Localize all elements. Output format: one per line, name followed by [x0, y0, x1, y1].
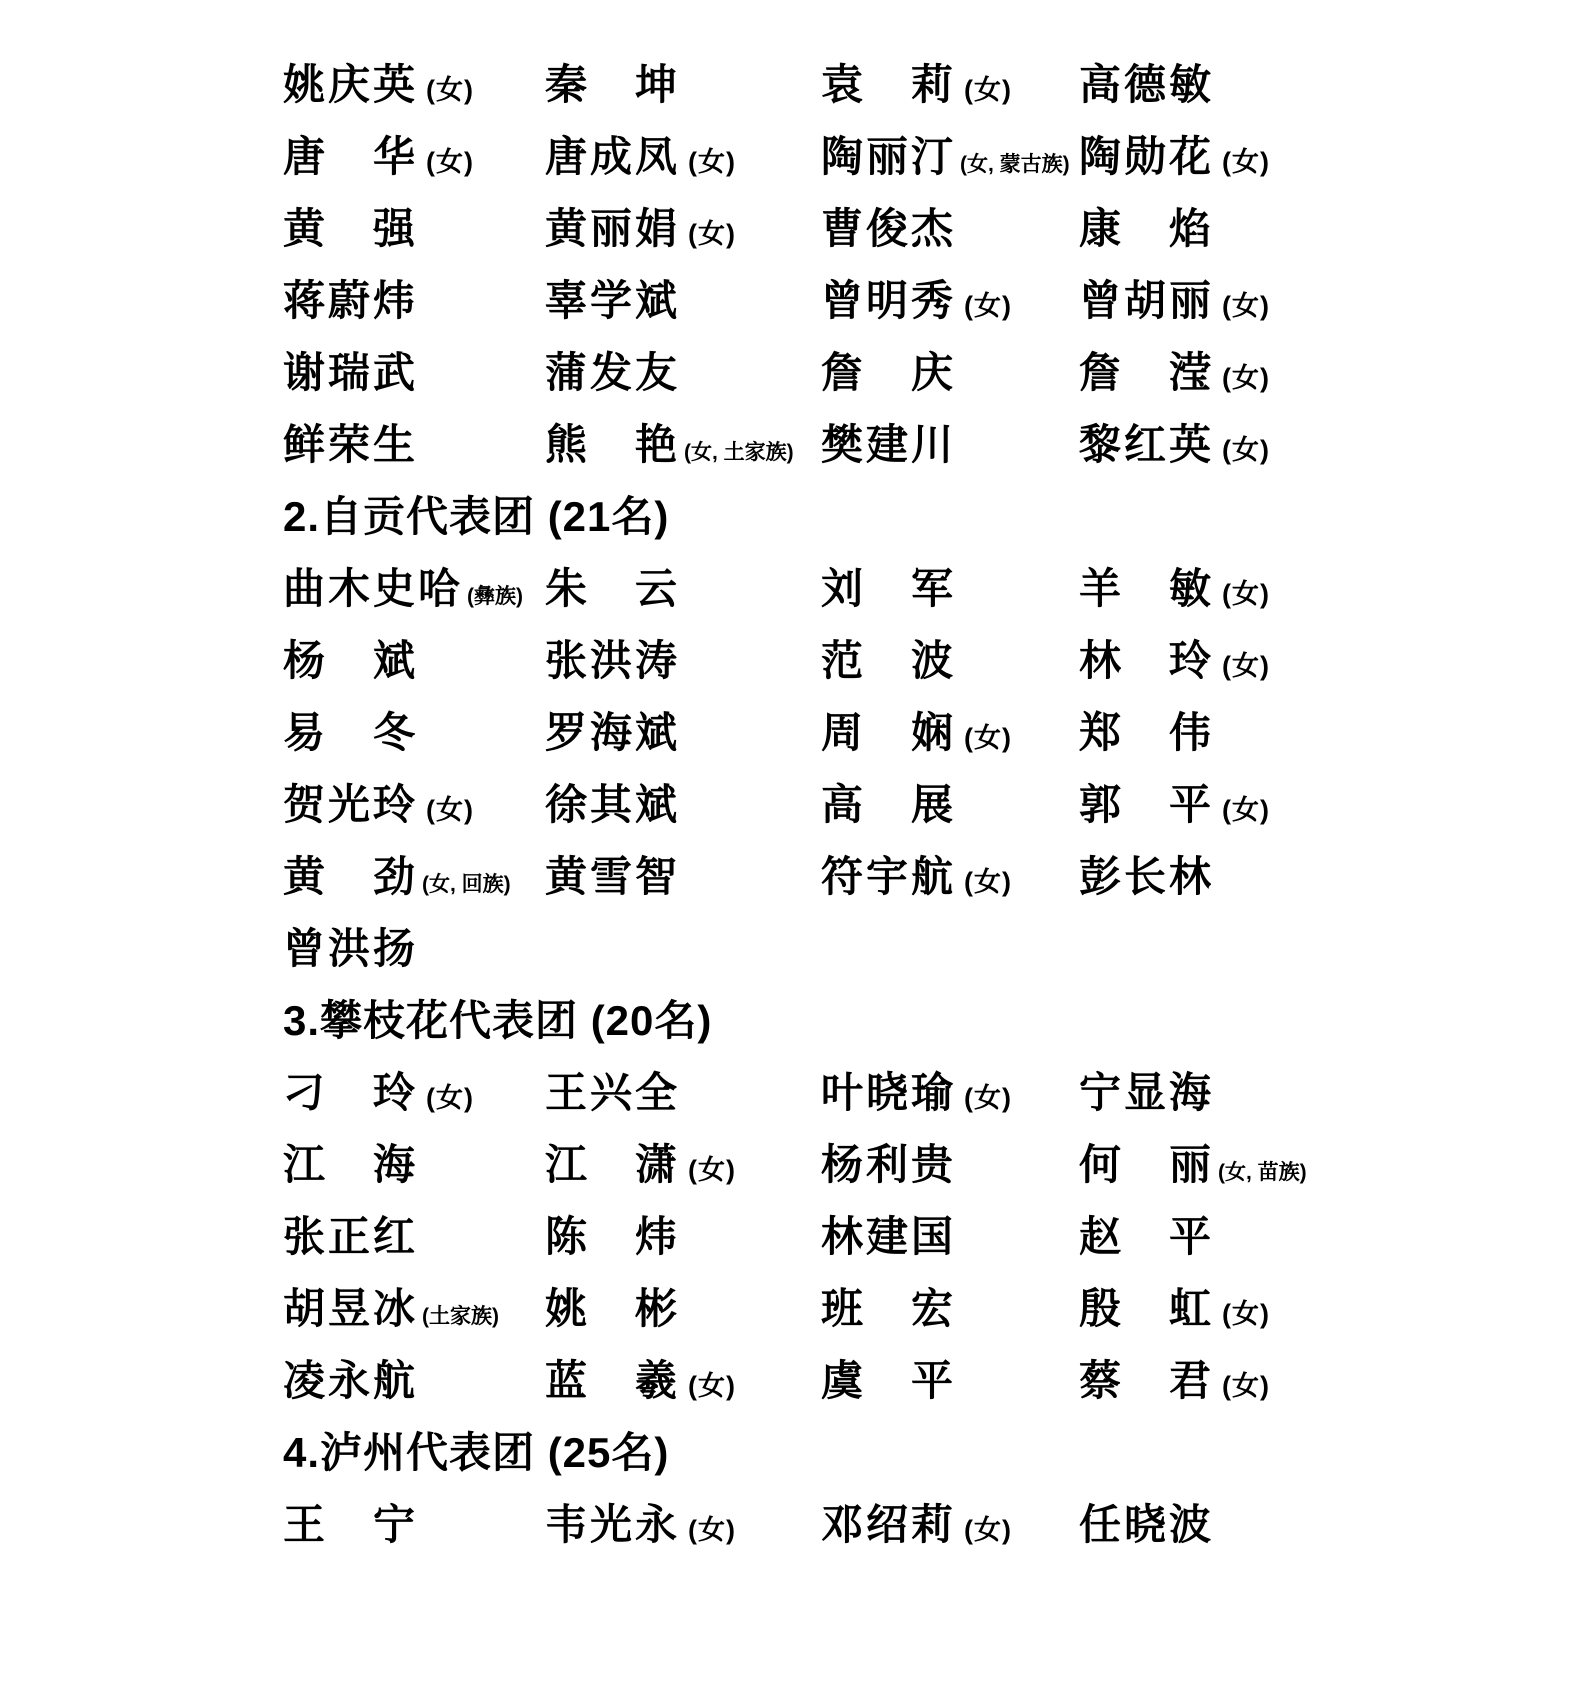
delegate-cell: 贺光玲(女)	[283, 772, 545, 832]
delegate-cell: 曾明秀(女)	[821, 268, 1079, 328]
delegate-cell: 张正红	[283, 1204, 545, 1264]
delegate-cell: 黄 强	[283, 196, 545, 256]
gender-ethnicity-note: (女)	[426, 1083, 474, 1113]
delegate-cell: 黄丽娟(女)	[545, 196, 821, 256]
delegate-name: 康 焰	[1079, 205, 1214, 252]
delegate-name: 陶丽汀	[821, 133, 956, 180]
delegate-cell: 任晓波	[1079, 1492, 1214, 1552]
delegate-name: 樊建川	[821, 421, 956, 468]
gender-ethnicity-note: (女)	[1222, 1299, 1270, 1329]
delegate-cell: 康 焰	[1079, 196, 1214, 256]
gender-ethnicity-note: (女)	[964, 75, 1012, 105]
delegate-cell: 宁显海	[1079, 1060, 1214, 1120]
delegate-cell: 辜学斌	[545, 268, 821, 328]
delegate-name: 易 冬	[283, 709, 418, 756]
delegate-name: 叶晓瑜	[821, 1069, 956, 1116]
delegate-cell: 秦 坤	[545, 52, 821, 112]
gender-ethnicity-note: (女)	[688, 1155, 736, 1185]
delegate-cell: 郭 平(女)	[1079, 772, 1270, 832]
delegate-row: 易 冬罗海斌周 娴(女)郑 伟	[283, 694, 1587, 766]
gender-ethnicity-note: (女, 土家族)	[684, 441, 794, 464]
delegate-cell: 凌永航	[283, 1348, 545, 1408]
delegate-name: 凌永航	[283, 1357, 418, 1404]
gender-ethnicity-note: (女)	[1222, 363, 1270, 393]
delegate-name: 姚庆英	[283, 61, 418, 108]
delegate-cell: 曾胡丽(女)	[1079, 268, 1270, 328]
delegate-name: 赵 平	[1079, 1213, 1214, 1260]
delegate-name: 郑 伟	[1079, 709, 1214, 756]
delegate-cell: 虞 平	[821, 1348, 1079, 1408]
delegate-cell: 羊 敏(女)	[1079, 556, 1270, 616]
delegate-name: 王兴全	[545, 1069, 680, 1116]
delegate-cell: 高德敏	[1079, 52, 1214, 112]
delegate-row: 黄 强黄丽娟(女)曹俊杰康 焰	[283, 190, 1587, 262]
delegate-cell: 熊 艳(女, 土家族)	[545, 412, 821, 472]
delegate-row: 黄 劲(女, 回族)黄雪智符宇航(女)彭长林	[283, 838, 1587, 910]
gender-ethnicity-note: (女, 苗族)	[1218, 1161, 1307, 1184]
delegate-name: 谢瑞武	[283, 349, 418, 396]
delegate-cell: 黄 劲(女, 回族)	[283, 844, 545, 904]
delegate-cell: 唐成凤(女)	[545, 124, 821, 184]
section-title: 2.自贡代表团 (21名)	[283, 478, 1587, 550]
delegate-cell: 陶丽汀(女, 蒙古族)	[821, 124, 1079, 184]
delegate-cell: 谢瑞武	[283, 340, 545, 400]
delegate-cell: 邓绍莉(女)	[821, 1492, 1079, 1552]
delegate-cell: 高 展	[821, 772, 1079, 832]
gender-ethnicity-note: (女, 蒙古族)	[960, 153, 1070, 176]
delegate-name: 高 展	[821, 781, 956, 828]
delegate-name: 宁显海	[1079, 1069, 1214, 1116]
gender-ethnicity-note: (女)	[964, 867, 1012, 897]
delegate-cell: 唐 华(女)	[283, 124, 545, 184]
delegate-name: 胡昱冰	[283, 1285, 418, 1332]
delegate-name: 符宇航	[821, 853, 956, 900]
delegate-cell: 陈 炜	[545, 1204, 821, 1264]
delegate-cell: 王兴全	[545, 1060, 821, 1120]
delegate-cell: 徐其斌	[545, 772, 821, 832]
gender-ethnicity-note: (女)	[426, 75, 474, 105]
delegate-cell: 陶勋花(女)	[1079, 124, 1270, 184]
gender-ethnicity-note: (女)	[1222, 435, 1270, 465]
section-title: 4.泸州代表团 (25名)	[283, 1414, 1587, 1486]
delegate-name: 曲木史哈	[283, 565, 463, 612]
delegate-cell: 王 宁	[283, 1492, 545, 1552]
gender-ethnicity-note: (女)	[964, 1083, 1012, 1113]
delegate-name: 周 娴	[821, 709, 956, 756]
delegate-name: 林 玲	[1079, 637, 1214, 684]
delegate-cell: 殷 虹(女)	[1079, 1276, 1270, 1336]
delegate-name: 范 波	[821, 637, 956, 684]
delegate-cell: 罗海斌	[545, 700, 821, 760]
delegate-cell: 詹 庆	[821, 340, 1079, 400]
gender-ethnicity-note: (女)	[1222, 651, 1270, 681]
delegate-row: 江 海江 潇(女)杨利贵何 丽(女, 苗族)	[283, 1126, 1587, 1198]
delegate-row: 胡昱冰(土家族)姚 彬班 宏殷 虹(女)	[283, 1270, 1587, 1342]
delegate-name: 蓝 羲	[545, 1357, 680, 1404]
delegate-cell: 曹俊杰	[821, 196, 1079, 256]
delegate-name: 林建国	[821, 1213, 956, 1260]
delegate-row: 蒋蔚炜辜学斌曾明秀(女)曾胡丽(女)	[283, 262, 1587, 334]
delegate-name: 曹俊杰	[821, 205, 956, 252]
delegate-name: 曾明秀	[821, 277, 956, 324]
gender-ethnicity-note: (女)	[1222, 1371, 1270, 1401]
delegate-row: 贺光玲(女)徐其斌高 展郭 平(女)	[283, 766, 1587, 838]
delegate-cell: 姚 彬	[545, 1276, 821, 1336]
delegate-cell: 叶晓瑜(女)	[821, 1060, 1079, 1120]
delegate-name: 高德敏	[1079, 61, 1214, 108]
delegate-cell: 郑 伟	[1079, 700, 1214, 760]
delegate-name: 曾洪扬	[283, 925, 418, 972]
delegate-row: 王 宁韦光永(女)邓绍莉(女)任晓波	[283, 1486, 1587, 1558]
gender-ethnicity-note: (女)	[688, 219, 736, 249]
delegate-name: 虞 平	[821, 1357, 956, 1404]
delegate-cell: 刘 军	[821, 556, 1079, 616]
gender-ethnicity-note: (女, 回族)	[422, 873, 511, 896]
delegate-name: 殷 虹	[1079, 1285, 1214, 1332]
delegate-name: 黄 强	[283, 205, 418, 252]
delegate-cell: 韦光永(女)	[545, 1492, 821, 1552]
delegate-cell: 曾洪扬	[283, 916, 545, 976]
delegate-name: 朱 云	[545, 565, 680, 612]
delegate-cell: 彭长林	[1079, 844, 1214, 904]
delegate-name: 彭长林	[1079, 853, 1214, 900]
delegate-name: 熊 艳	[545, 421, 680, 468]
delegate-name: 黄 劲	[283, 853, 418, 900]
delegate-name: 班 宏	[821, 1285, 956, 1332]
delegate-row: 曾洪扬	[283, 910, 1587, 982]
delegate-name: 江 海	[283, 1141, 418, 1188]
delegate-cell: 姚庆英(女)	[283, 52, 545, 112]
delegate-name: 韦光永	[545, 1501, 680, 1548]
delegate-row: 谢瑞武蒲发友詹 庆詹 滢(女)	[283, 334, 1587, 406]
delegate-row: 张正红陈 炜林建国赵 平	[283, 1198, 1587, 1270]
delegate-name: 张洪涛	[545, 637, 680, 684]
delegate-name: 唐成凤	[545, 133, 680, 180]
delegate-name: 张正红	[283, 1213, 418, 1260]
delegate-name: 刘 军	[821, 565, 956, 612]
delegate-name: 蒲发友	[545, 349, 680, 396]
delegate-cell: 黎红英(女)	[1079, 412, 1270, 472]
delegate-name: 郭 平	[1079, 781, 1214, 828]
delegate-cell: 江 潇(女)	[545, 1132, 821, 1192]
delegate-name: 杨 斌	[283, 637, 418, 684]
delegate-name: 江 潇	[545, 1141, 680, 1188]
delegate-cell: 林建国	[821, 1204, 1079, 1264]
delegate-cell: 班 宏	[821, 1276, 1079, 1336]
delegate-cell: 朱 云	[545, 556, 821, 616]
delegate-cell: 范 波	[821, 628, 1079, 688]
delegate-name: 秦 坤	[545, 61, 680, 108]
delegate-name: 袁 莉	[821, 61, 956, 108]
delegate-row: 姚庆英(女)秦 坤袁 莉(女)高德敏	[283, 46, 1587, 118]
delegate-name: 何 丽	[1079, 1141, 1214, 1188]
delegate-cell: 易 冬	[283, 700, 545, 760]
delegate-name: 黄丽娟	[545, 205, 680, 252]
delegate-cell: 周 娴(女)	[821, 700, 1079, 760]
delegate-name: 陶勋花	[1079, 133, 1214, 180]
delegate-cell: 胡昱冰(土家族)	[283, 1276, 545, 1336]
gender-ethnicity-note: (女)	[1222, 147, 1270, 177]
delegate-name: 徐其斌	[545, 781, 680, 828]
delegate-cell: 杨利贵	[821, 1132, 1079, 1192]
delegate-cell: 何 丽(女, 苗族)	[1079, 1132, 1307, 1192]
delegate-name: 鲜荣生	[283, 421, 418, 468]
delegate-name: 刁 玲	[283, 1069, 418, 1116]
delegate-name: 姚 彬	[545, 1285, 680, 1332]
delegate-name: 任晓波	[1079, 1501, 1214, 1548]
delegate-cell: 蒋蔚炜	[283, 268, 545, 328]
delegate-name: 蒋蔚炜	[283, 277, 418, 324]
delegate-cell: 江 海	[283, 1132, 545, 1192]
delegate-name: 王 宁	[283, 1501, 418, 1548]
gender-ethnicity-note: (女)	[964, 723, 1012, 753]
gender-ethnicity-note: (女)	[964, 291, 1012, 321]
delegate-name: 羊 敏	[1079, 565, 1214, 612]
delegate-cell: 林 玲(女)	[1079, 628, 1270, 688]
delegate-cell: 赵 平	[1079, 1204, 1214, 1264]
delegate-name: 詹 滢	[1079, 349, 1214, 396]
delegate-cell: 蔡 君(女)	[1079, 1348, 1270, 1408]
delegate-cell: 刁 玲(女)	[283, 1060, 545, 1120]
delegate-row: 凌永航蓝 羲(女)虞 平蔡 君(女)	[283, 1342, 1587, 1414]
delegate-name: 黄雪智	[545, 853, 680, 900]
delegate-name: 詹 庆	[821, 349, 956, 396]
delegate-cell: 张洪涛	[545, 628, 821, 688]
delegate-cell: 樊建川	[821, 412, 1079, 472]
delegate-name: 贺光玲	[283, 781, 418, 828]
delegate-cell: 袁 莉(女)	[821, 52, 1079, 112]
delegate-name: 唐 华	[283, 133, 418, 180]
delegate-row: 刁 玲(女)王兴全叶晓瑜(女)宁显海	[283, 1054, 1587, 1126]
gender-ethnicity-note: (女)	[688, 147, 736, 177]
gender-ethnicity-note: (女)	[1222, 579, 1270, 609]
delegate-name: 杨利贵	[821, 1141, 956, 1188]
gender-ethnicity-note: (女)	[426, 795, 474, 825]
delegate-cell: 蒲发友	[545, 340, 821, 400]
delegate-cell: 黄雪智	[545, 844, 821, 904]
delegate-name: 曾胡丽	[1079, 277, 1214, 324]
delegate-list-page: 姚庆英(女)秦 坤袁 莉(女)高德敏唐 华(女)唐成凤(女)陶丽汀(女, 蒙古族…	[0, 0, 1587, 1558]
delegate-cell: 杨 斌	[283, 628, 545, 688]
delegate-row: 鲜荣生熊 艳(女, 土家族)樊建川黎红英(女)	[283, 406, 1587, 478]
delegate-cell: 曲木史哈(彝族)	[283, 556, 545, 616]
delegate-name: 辜学斌	[545, 277, 680, 324]
gender-ethnicity-note: (女)	[1222, 291, 1270, 321]
gender-ethnicity-note: (女)	[426, 147, 474, 177]
section-title: 3.攀枝花代表团 (20名)	[283, 982, 1587, 1054]
delegate-row: 曲木史哈(彝族)朱 云刘 军羊 敏(女)	[283, 550, 1587, 622]
delegate-cell: 符宇航(女)	[821, 844, 1079, 904]
gender-ethnicity-note: (彝族)	[467, 585, 523, 608]
delegate-cell: 鲜荣生	[283, 412, 545, 472]
delegate-name: 陈 炜	[545, 1213, 680, 1260]
gender-ethnicity-note: (女)	[688, 1515, 736, 1545]
delegate-name: 邓绍莉	[821, 1501, 956, 1548]
gender-ethnicity-note: (女)	[688, 1371, 736, 1401]
delegate-name: 罗海斌	[545, 709, 680, 756]
delegate-name: 黎红英	[1079, 421, 1214, 468]
delegate-cell: 詹 滢(女)	[1079, 340, 1270, 400]
gender-ethnicity-note: (女)	[964, 1515, 1012, 1545]
delegate-cell: 蓝 羲(女)	[545, 1348, 821, 1408]
delegate-name: 蔡 君	[1079, 1357, 1214, 1404]
delegate-row: 唐 华(女)唐成凤(女)陶丽汀(女, 蒙古族)陶勋花(女)	[283, 118, 1587, 190]
gender-ethnicity-note: (土家族)	[422, 1305, 499, 1328]
gender-ethnicity-note: (女)	[1222, 795, 1270, 825]
delegate-row: 杨 斌张洪涛范 波林 玲(女)	[283, 622, 1587, 694]
